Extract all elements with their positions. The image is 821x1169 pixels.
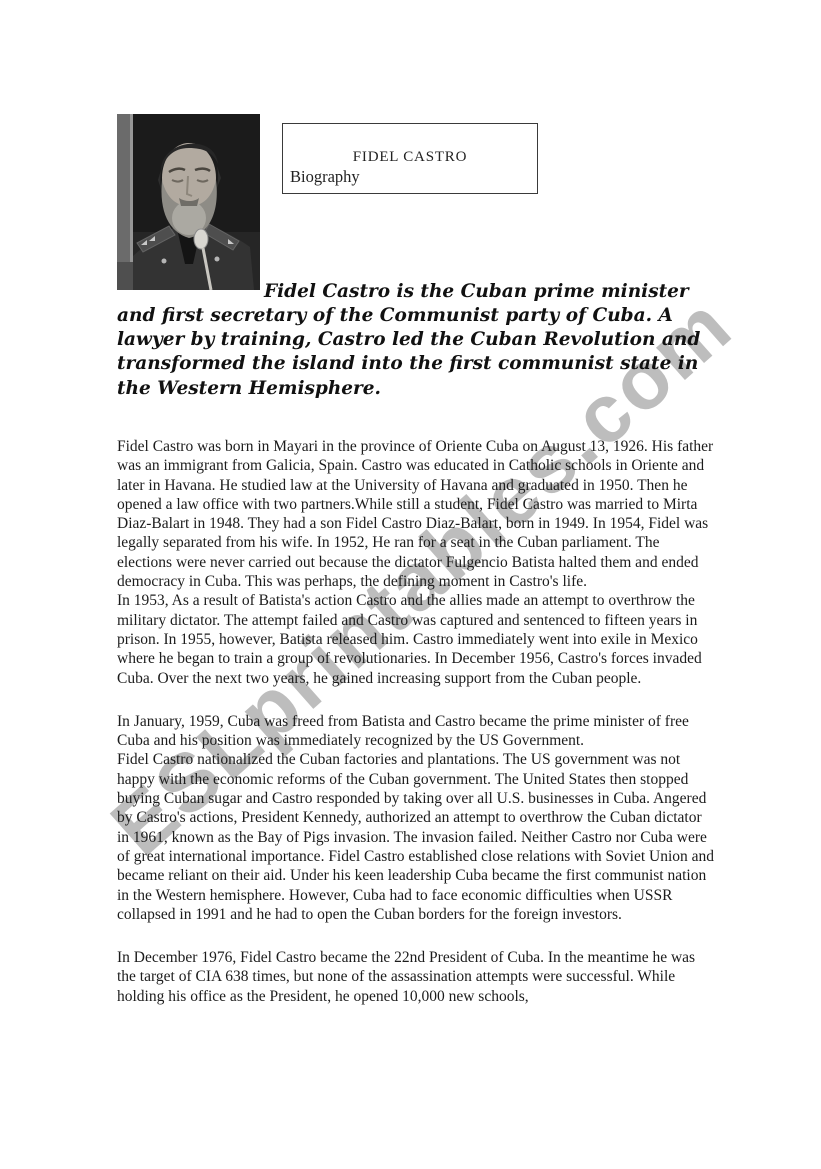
body-block: In December 1976, Fidel Castro became th…	[117, 948, 717, 1006]
document-page: ESLprintables.com	[0, 0, 821, 1169]
photo-microphone	[194, 229, 208, 249]
body-text: Fidel Castro was born in Mayari in the p…	[117, 437, 717, 1006]
body-paragraph: In January, 1959, Cuba was freed from Ba…	[117, 712, 717, 751]
body-block: In January, 1959, Cuba was freed from Ba…	[117, 712, 717, 924]
body-paragraph: In 1953, As a result of Batista's action…	[117, 591, 717, 687]
castro-portrait-svg	[117, 114, 260, 290]
body-paragraph: Fidel Castro was born in Mayari in the p…	[117, 437, 717, 591]
castro-photo	[117, 114, 260, 290]
intro-paragraph: Fidel Castro is the Cuban prime minister…	[117, 280, 709, 401]
title-text: FIDEL CASTRO	[283, 149, 537, 166]
body-paragraph: Fidel Castro nationalized the Cuban fact…	[117, 750, 717, 924]
body-paragraph: In December 1976, Fidel Castro became th…	[117, 948, 717, 1006]
body-block: Fidel Castro was born in Mayari in the p…	[117, 437, 717, 688]
title-box: FIDEL CASTRO Biography	[282, 123, 538, 194]
subtitle-text: Biography	[283, 167, 537, 187]
